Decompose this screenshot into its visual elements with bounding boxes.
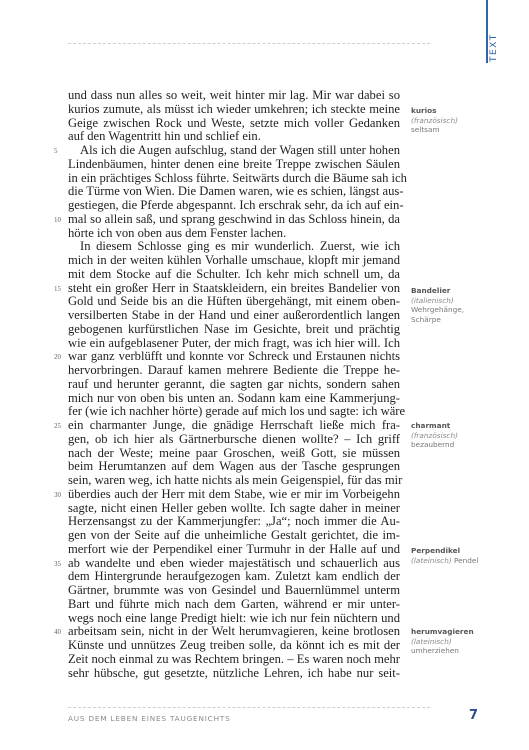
line-number: 25 bbox=[54, 420, 61, 434]
text-line: dem Hintergrunde heraufgezogen kam. Zule… bbox=[68, 570, 400, 584]
gloss-term: kurios bbox=[411, 106, 521, 116]
text-line: fer (wie ich nachher hörte) gerade auf m… bbox=[68, 405, 400, 419]
gloss-language: (italienisch) bbox=[411, 296, 521, 306]
line-number: 10 bbox=[54, 214, 61, 228]
text-line: Lindenbäumen, hinter denen eine breite T… bbox=[68, 158, 400, 172]
gloss-term: herumvagieren bbox=[411, 627, 521, 637]
gloss-term: charmant bbox=[411, 421, 521, 431]
text-line: gen von der Seite auf die unheimliche Ge… bbox=[68, 529, 400, 543]
gloss-kurios: kurios (französisch) seltsam bbox=[411, 106, 521, 135]
line-number: 35 bbox=[54, 558, 61, 572]
gloss-term: Bandelier bbox=[411, 286, 521, 296]
line-number: 40 bbox=[54, 626, 61, 640]
gloss-meaning: Pendel bbox=[454, 556, 478, 565]
text-line: gebogenen kurfürstlichen Nase im Gesicht… bbox=[68, 323, 400, 337]
text-line: 25ein charmanter Junge, die gnädige Herr… bbox=[68, 419, 400, 433]
text-line: wie ein aufgeblasener Puter, der mich fr… bbox=[68, 337, 400, 351]
text-line: Zeit noch einmal zu was Rechtem bringen.… bbox=[68, 653, 400, 667]
text-line: sein, waren weg, ich hatte nichts als me… bbox=[68, 474, 400, 488]
gloss-language: (lateinisch) bbox=[411, 637, 521, 647]
text-line: sehr hübsche, gut gesetzte, nützliche Le… bbox=[68, 667, 400, 681]
section-tab-label: TEXT bbox=[489, 33, 499, 62]
text-line: versilberten Stabe in der Hand und einer… bbox=[68, 309, 400, 323]
gloss-language: (französisch) bbox=[411, 431, 521, 441]
gloss-meaning: Wehrgehänge, Schärpe bbox=[411, 305, 471, 324]
text-line: mich in der weiten kühlen Vorhalle umsch… bbox=[68, 254, 400, 268]
gloss-meaning: bezaubernd bbox=[411, 440, 521, 450]
text-line: auf den Wagentritt hin und schlief ein. bbox=[68, 130, 400, 144]
text-line: hervorbringen. Darauf kamen mehrere Bedi… bbox=[68, 364, 400, 378]
text-line: Gold und Seide bis an die Hüften übergeh… bbox=[68, 295, 400, 309]
header-divider bbox=[68, 43, 430, 44]
text-line: merfort wie der Perpendikel einer Turmuh… bbox=[68, 543, 400, 557]
text-line: 30überdies auch der Herr mit dem Stabe, … bbox=[68, 488, 400, 502]
text-line: 15steht ein großer Herr in Staatskleider… bbox=[68, 282, 400, 296]
text-line: In diesem Schlosse ging es mir wunderlic… bbox=[68, 240, 400, 254]
footer-divider bbox=[68, 707, 430, 708]
text-line: Bart und führte mich nach dem Garten, wä… bbox=[68, 598, 400, 612]
text-line: 10mal so allein saß, und sprang geschwin… bbox=[68, 213, 400, 227]
gloss-herumvagieren: herumvagieren (lateinisch) umherziehen bbox=[411, 627, 521, 656]
text-line: 5Als ich die Augen aufschlug, stand der … bbox=[68, 144, 400, 158]
text-line: 40arbeitsam sein, nicht in der Welt heru… bbox=[68, 625, 400, 639]
gloss-perpendikel: Perpendikel (lateinisch) Pendel bbox=[411, 546, 521, 565]
line-number: 30 bbox=[54, 489, 61, 503]
text-line: gen, ob ich hier als Gärtnerbursche dien… bbox=[68, 433, 400, 447]
body-text: und dass nun alles so weit, weit hinter … bbox=[68, 89, 400, 680]
gloss-term: Perpendikel bbox=[411, 546, 521, 556]
gloss-language: (französisch) bbox=[411, 116, 521, 126]
text-line: wegs noch eine lange Predigt hielt: wie … bbox=[68, 612, 400, 626]
line-number: 20 bbox=[54, 351, 61, 365]
text-line: mich nur von oben bis unten an. Sodann k… bbox=[68, 392, 400, 406]
text-line: und dass nun alles so weit, weit hinter … bbox=[68, 89, 400, 103]
text-line: hörte ich von oben aus dem Fenster lache… bbox=[68, 227, 400, 241]
text-line: 35ab wandelte und eben wieder majestätis… bbox=[68, 557, 400, 571]
text-line: beim Herumtanzen auf dem Wagen aus der T… bbox=[68, 460, 400, 474]
text-line: kurios zumute, als müsst ich wieder umke… bbox=[68, 103, 400, 117]
text-line: Geige zwischen Rock und Weste, setzte mi… bbox=[68, 117, 400, 131]
text-line: Gärtner, brummte was von Gesindel und Ba… bbox=[68, 584, 400, 598]
gloss-meaning: seltsam bbox=[411, 125, 521, 135]
page-number: 7 bbox=[469, 708, 478, 723]
section-tab-marker bbox=[486, 0, 488, 63]
gloss-meaning: umherziehen bbox=[411, 646, 521, 656]
text-line: nach der Weste; meine paar Groschen, wei… bbox=[68, 447, 400, 461]
text-line: die Türme von Wien. Die Damen waren, wie… bbox=[68, 185, 400, 199]
text-line: Herzensangst zu der Kammerjungfer: „Ja“;… bbox=[68, 515, 400, 529]
text-line: mit dem Stocke auf die Schulter. Ich keh… bbox=[68, 268, 400, 282]
text-line: 20war ganz verblüfft und konnte vor Schr… bbox=[68, 350, 400, 364]
gloss-bandelier: Bandelier (italienisch) Wehrgehänge, Sch… bbox=[411, 286, 521, 324]
text-line: gestiegen, die Pferde abgespannt. Ich er… bbox=[68, 199, 400, 213]
gloss-language: (lateinisch) bbox=[411, 556, 452, 565]
text-line: in ein prächtiges Schloss führte. Seitwä… bbox=[68, 172, 400, 186]
line-number: 15 bbox=[54, 283, 61, 297]
text-line: Künste und unnützes Zeug treiben solle, … bbox=[68, 639, 400, 653]
running-footer-title: AUS DEM LEBEN EINES TAUGENICHTS bbox=[68, 714, 231, 723]
gloss-charmant: charmant (französisch) bezaubernd bbox=[411, 421, 521, 450]
text-line: sagte, nicht einen Heller geben wollte. … bbox=[68, 502, 400, 516]
line-number: 5 bbox=[54, 145, 58, 159]
text-line: rauf und herunter gerannt, die sagten ga… bbox=[68, 378, 400, 392]
